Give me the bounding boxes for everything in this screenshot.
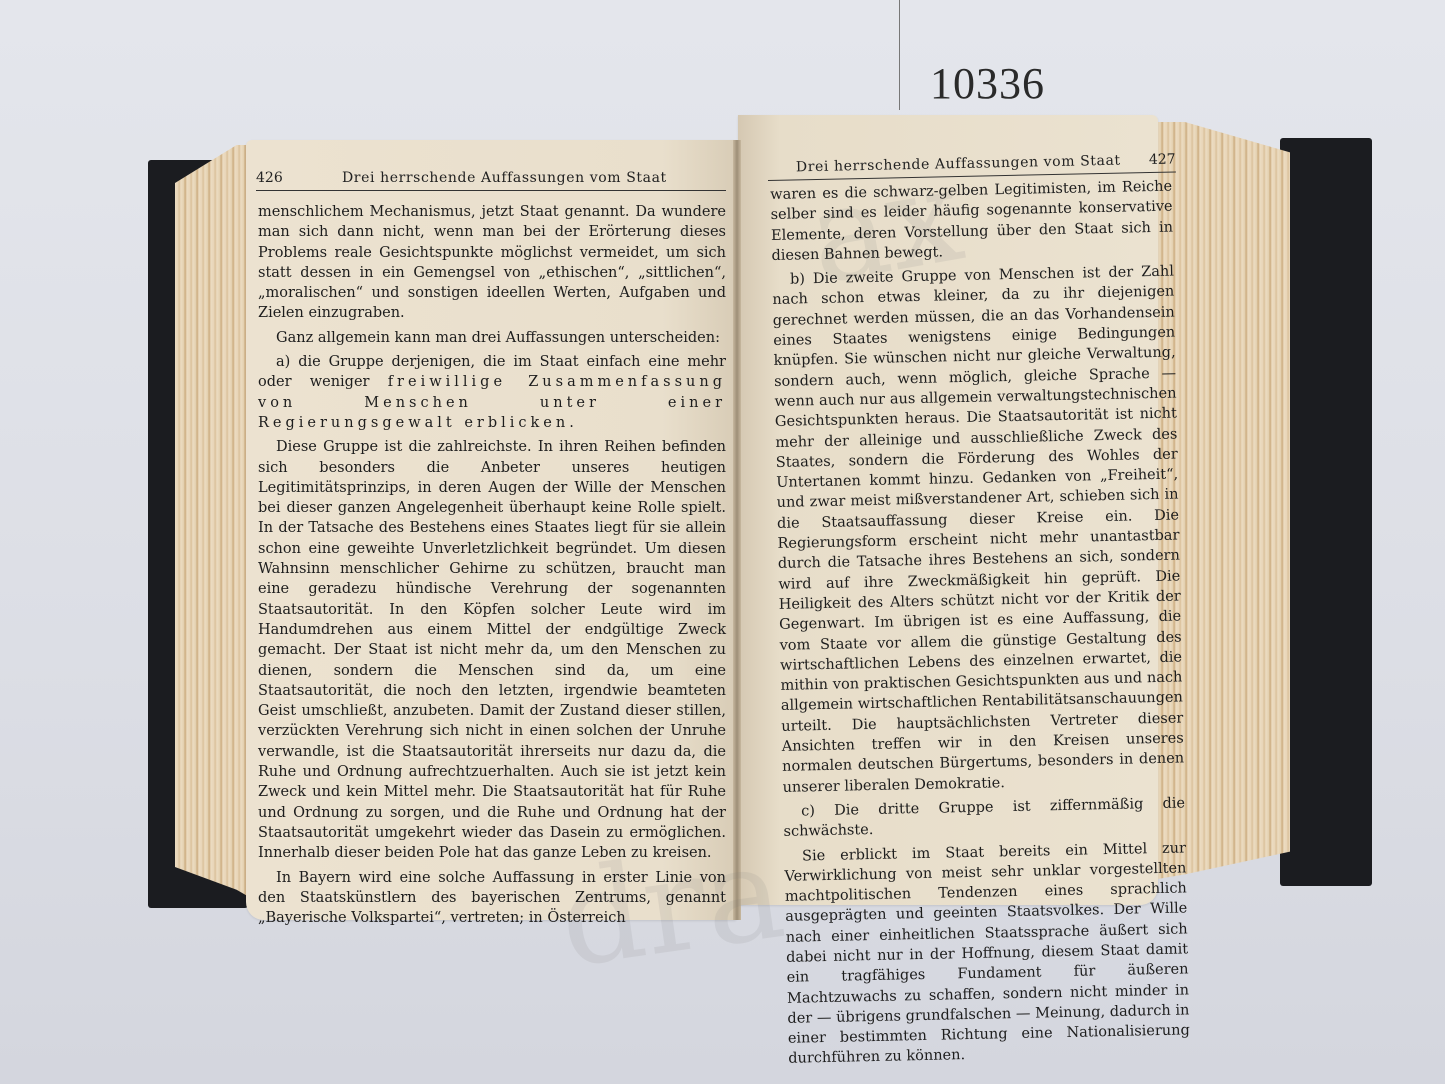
book-cover-right (1280, 138, 1372, 886)
paragraph: Diese Gruppe ist die zahlreichste. In ih… (258, 437, 726, 863)
inventory-number: 10336 (930, 58, 1045, 109)
left-page-number: 426 (256, 170, 283, 186)
left-running-head: 426 Drei herrschende Auffassungen vom St… (256, 170, 726, 191)
right-page-text: waren es die schwarz-gelben Legitimisten… (770, 177, 1191, 1074)
left-page-text: menschlichem Mechanismus, jetzt Staat ge… (258, 202, 726, 932)
book-gutter (733, 140, 741, 920)
paragraph: Ganz allgemein kann man drei Auffassunge… (258, 328, 726, 348)
paragraph: Sie erblickt im Staat bereits ein Mittel… (784, 838, 1191, 1070)
paragraph: In Bayern wird eine solche Auffassung in… (258, 868, 726, 929)
right-page-number: 427 (1149, 151, 1176, 168)
paragraph-group-c: c) Die dritte Gruppe ist ziffernmäßig di… (783, 793, 1186, 842)
left-running-title: Drei herrschende Auffassungen vom Staat (342, 170, 667, 186)
paragraph: waren es die schwarz-gelben Legitimisten… (770, 177, 1174, 267)
paragraph-group-a: a) die Gruppe derjenigen, die im Staat e… (258, 352, 726, 433)
paragraph-group-b: b) Die zweite Gruppe von Menschen ist de… (772, 262, 1185, 798)
inventory-label: 10336 (899, 0, 1120, 110)
paragraph: menschlichem Mechanismus, jetzt Staat ge… (258, 202, 726, 324)
